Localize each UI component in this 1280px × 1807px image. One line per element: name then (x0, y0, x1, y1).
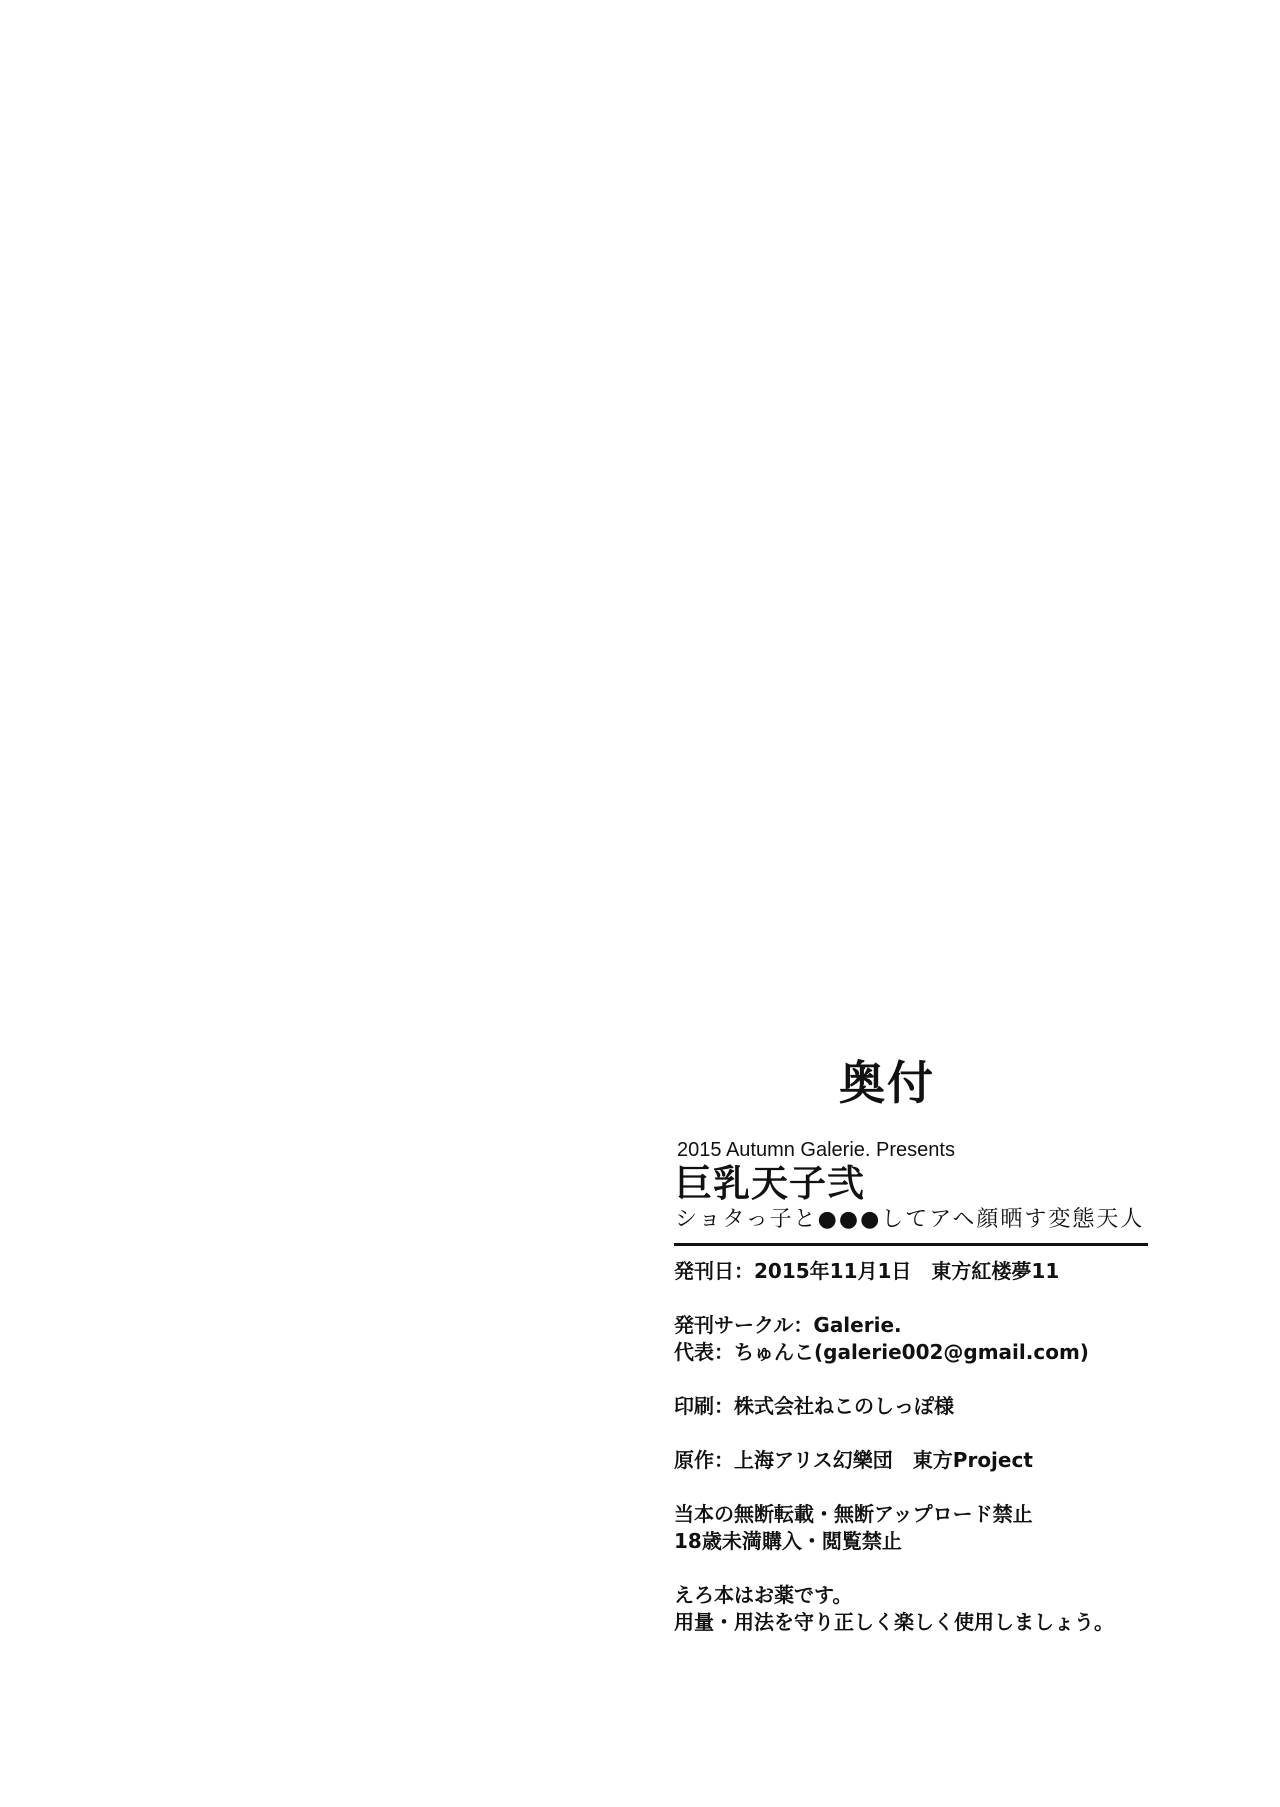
circle-line: 発刊サークル：Galerie. (674, 1312, 1154, 1339)
book-subtitle: ショタっ子と●●●してアヘ顔晒す変態天人 (675, 1206, 1144, 1234)
notice-line-1: 当本の無断転載・無断アップロード禁止 (674, 1501, 1154, 1528)
colophon-page: 奥付 2015 Autumn Galerie. Presents 巨乳天子弐 シ… (0, 0, 1280, 1807)
notice-line-2: 18歳未満購入・閲覧禁止 (674, 1528, 1154, 1555)
spacer (674, 1420, 1154, 1447)
spacer (674, 1366, 1154, 1393)
divider-rule (674, 1243, 1148, 1246)
spacer (674, 1555, 1154, 1582)
publication-info: 発刊日：2015年11月1日 東方紅楼夢11 発刊サークル：Galerie. 代… (674, 1258, 1154, 1636)
closing-line-2: 用量・用法を守り正しく楽しく使用しましょう。 (674, 1609, 1154, 1636)
closing-line-1: えろ本はお薬です。 (674, 1582, 1154, 1609)
printer-line: 印刷：株式会社ねこのしっぽ様 (674, 1393, 1154, 1420)
colophon-heading: 奥付 (839, 1055, 935, 1111)
book-title: 巨乳天子弐 (675, 1161, 865, 1207)
spacer (674, 1474, 1154, 1501)
spacer (674, 1285, 1154, 1312)
publish-date-line: 発刊日：2015年11月1日 東方紅楼夢11 (674, 1258, 1154, 1285)
original-work-line: 原作：上海アリス幻樂団 東方Project (674, 1447, 1154, 1474)
representative-line: 代表：ちゅんこ(galerie002@gmail.com) (674, 1339, 1154, 1366)
presents-line: 2015 Autumn Galerie. Presents (677, 1137, 955, 1163)
